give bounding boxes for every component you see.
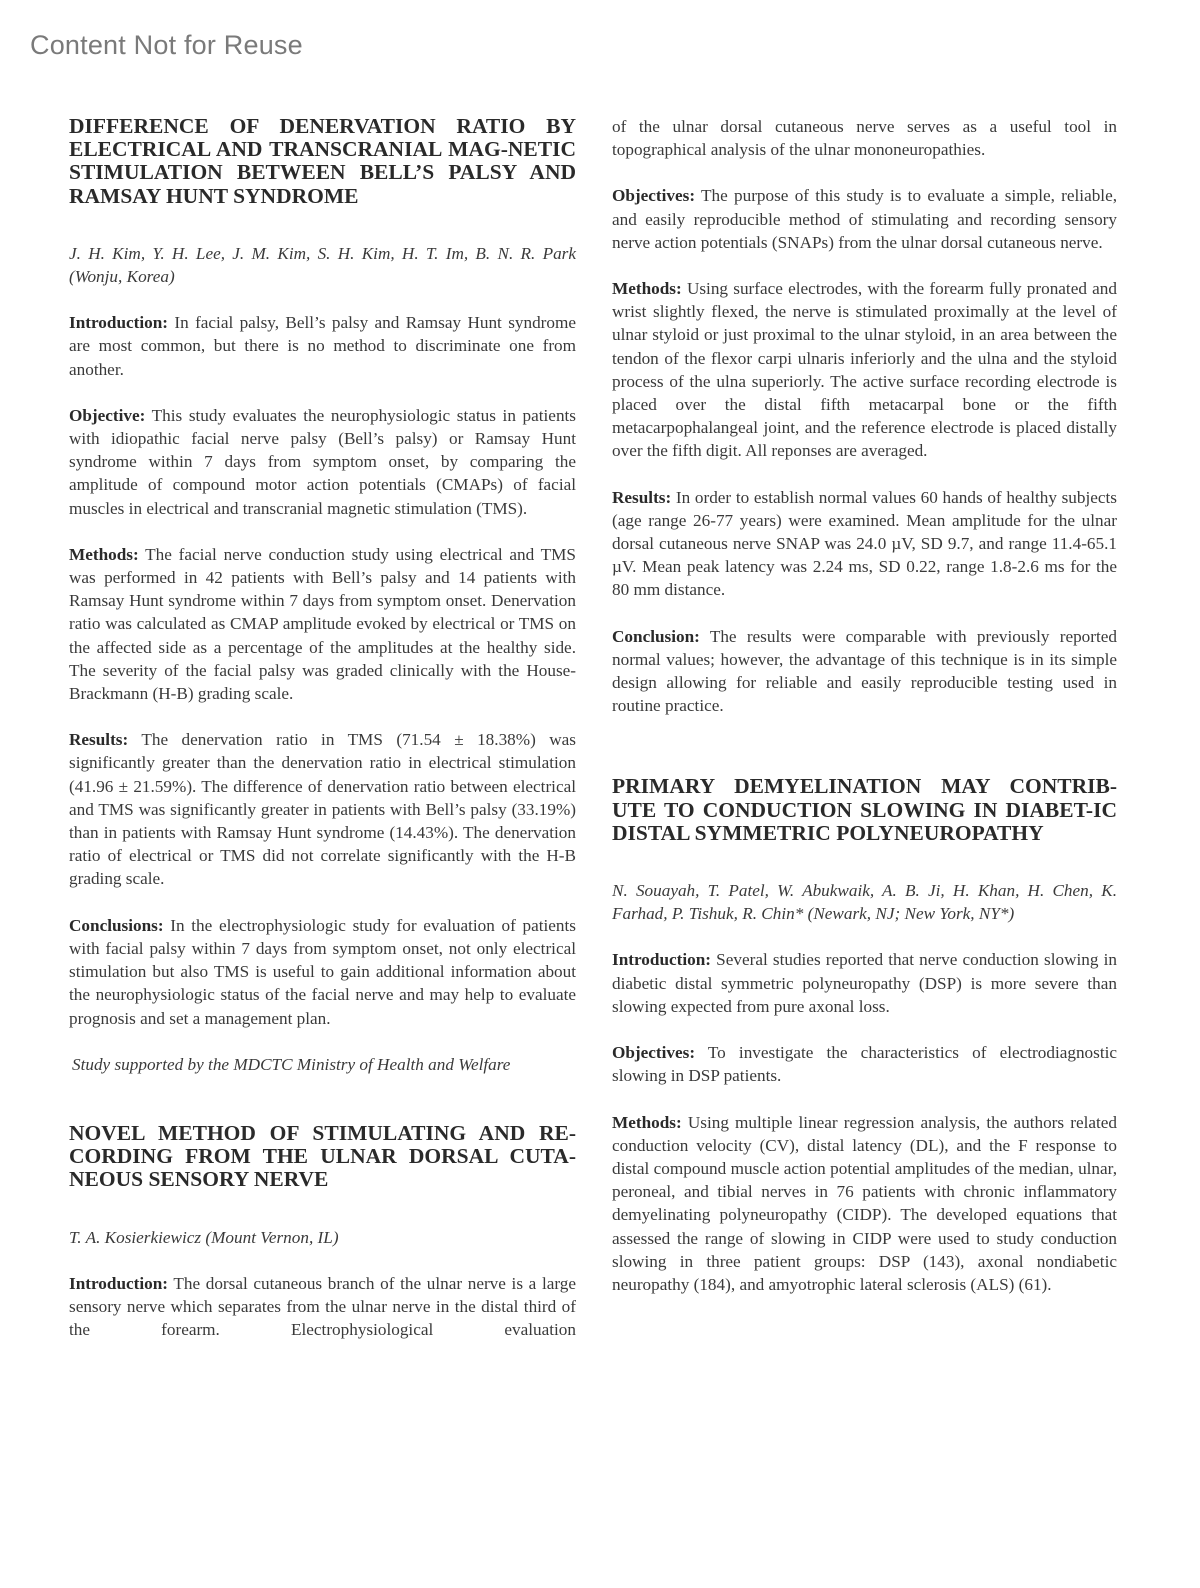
abstract-ulnar-dorsal-cutaneous: NOVEL METHOD OF STIMULATING AND RE-CORDI… — [69, 1122, 576, 1341]
left-column: DIFFERENCE OF DENERVATION RATIO BY ELECT… — [69, 115, 576, 1341]
section-label: Objectives: — [612, 186, 695, 205]
section-text: This study evaluates the neurophysiologi… — [69, 406, 576, 518]
section-label: Results: — [612, 488, 671, 507]
section-text: Using multiple linear regression analysi… — [612, 1113, 1117, 1294]
abstract-primary-demyelination: PRIMARY DEMYELINATION MAY CONTRIB-UTE TO… — [612, 775, 1117, 1296]
abstract-authors: J. H. Kim, Y. H. Lee, J. M. Kim, S. H. K… — [69, 242, 576, 288]
section-results: Results: The denervation ratio in TMS (7… — [69, 728, 576, 890]
abstract-authors: T. A. Kosierkiewicz (Mount Vernon, IL) — [69, 1226, 576, 1249]
right-column: of the ulnar dorsal cutaneous nerve serv… — [612, 115, 1117, 1319]
abstract-authors: N. Souayah, T. Patel, W. Abukwaik, A. B.… — [612, 879, 1117, 925]
section-introduction: Introduction: Several studies reported t… — [612, 948, 1117, 1018]
section-objective: Objective: This study evaluates the neur… — [69, 404, 576, 520]
section-conclusion: Conclusion: The results were comparable … — [612, 625, 1117, 718]
section-introduction: Introduction: The dorsal cutaneous branc… — [69, 1272, 576, 1342]
abstract-title: PRIMARY DEMYELINATION MAY CONTRIB-UTE TO… — [612, 775, 1117, 845]
section-conclusions: Conclusions: In the electrophysiologic s… — [69, 914, 576, 1030]
abstract-title: NOVEL METHOD OF STIMULATING AND RE-CORDI… — [69, 1122, 576, 1192]
section-introduction-continued: of the ulnar dorsal cutaneous nerve serv… — [612, 115, 1117, 161]
section-text: In order to establish normal values 60 h… — [612, 488, 1117, 600]
section-objectives: Objectives: To investigate the character… — [612, 1041, 1117, 1087]
section-label: Methods: — [69, 545, 139, 564]
abstract-title: DIFFERENCE OF DENERVATION RATIO BY ELECT… — [69, 115, 576, 208]
section-label: Methods: — [612, 279, 682, 298]
watermark: Content Not for Reuse — [30, 30, 303, 61]
section-introduction: Introduction: In facial palsy, Bell’s pa… — [69, 311, 576, 381]
section-label: Introduction: — [69, 313, 168, 332]
section-results: Results: In order to establish normal va… — [612, 486, 1117, 602]
section-text: The facial nerve conduction study using … — [69, 545, 576, 703]
section-text: Using surface electrodes, with the forea… — [612, 279, 1117, 460]
study-support-note: Study supported by the MDCTC Ministry of… — [69, 1053, 576, 1076]
section-label: Conclusion: — [612, 627, 700, 646]
section-label: Objectives: — [612, 1043, 695, 1062]
section-label: Objective: — [69, 406, 145, 425]
section-label: Introduction: — [612, 950, 711, 969]
section-methods: Methods: The facial nerve conduction stu… — [69, 543, 576, 705]
section-label: Conclusions: — [69, 916, 164, 935]
section-text: The denervation ratio in TMS (71.54 ± 18… — [69, 730, 576, 888]
section-methods: Methods: Using surface electrodes, with … — [612, 277, 1117, 463]
section-label: Results: — [69, 730, 128, 749]
abstract-denervation-ratio: DIFFERENCE OF DENERVATION RATIO BY ELECT… — [69, 115, 576, 1076]
section-label: Methods: — [612, 1113, 682, 1132]
section-objectives: Objectives: The purpose of this study is… — [612, 184, 1117, 254]
section-label: Introduction: — [69, 1274, 168, 1293]
section-methods: Methods: Using multiple linear regressio… — [612, 1111, 1117, 1297]
